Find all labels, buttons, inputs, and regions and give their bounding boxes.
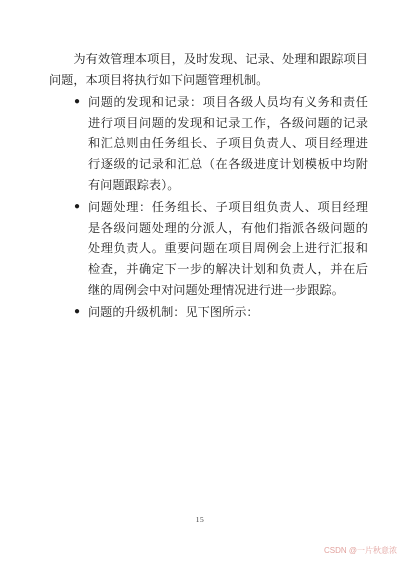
bullet-icon: ● xyxy=(74,197,80,218)
csdn-watermark: CSDN @一片秋意浓 xyxy=(324,545,397,556)
list-item: ● 问题处理：任务组长、子项目组负责人、项目经理是各级问题处理的分派人，有他们指… xyxy=(49,197,368,300)
bullet-text-issue-escalation: 问题的升级机制：见下图所示： xyxy=(88,302,368,323)
page-content: 为有效管理本项目，及时发现、记录、处理和跟踪项目问题，本项目将执行如下问题管理机… xyxy=(49,49,368,323)
bullet-icon: ● xyxy=(74,92,80,113)
bullet-text-issue-handling: 问题处理：任务组长、子项目组负责人、项目经理是各级问题处理的分派人，有他们指派各… xyxy=(88,197,368,300)
intro-paragraph: 为有效管理本项目，及时发现、记录、处理和跟踪项目问题，本项目将执行如下问题管理机… xyxy=(49,49,368,90)
bullet-icon: ● xyxy=(74,302,80,323)
list-item: ● 问题的发现和记录：项目各级人员均有义务和责任进行项目问题的发现和记录工作，各… xyxy=(49,92,368,195)
bullet-text-issue-discovery: 问题的发现和记录：项目各级人员均有义务和责任进行项目问题的发现和记录工作，各级问… xyxy=(88,92,368,195)
list-item: ● 问题的升级机制：见下图所示： xyxy=(49,302,368,323)
document-page: 为有效管理本项目，及时发现、记录、处理和跟踪项目问题，本项目将执行如下问题管理机… xyxy=(0,0,400,565)
page-number: 15 xyxy=(0,515,400,524)
